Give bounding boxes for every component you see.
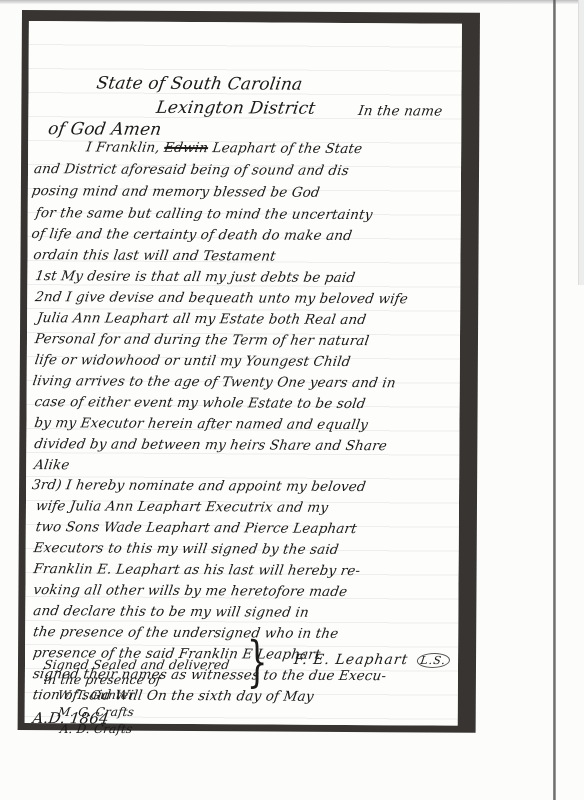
body-line: of life and the certainty of death do ma… — [30, 226, 353, 244]
witness-3: A. D. Crafts — [59, 722, 133, 736]
scan-top-edge — [0, 0, 584, 4]
body-line: life or widowhood or until my Youngest C… — [34, 352, 352, 370]
attestation-line-2: in the presence of — [43, 672, 162, 687]
body-line: for the same but calling to mind the unc… — [35, 205, 374, 223]
body-line: living arrives to the age of Twenty One … — [32, 373, 397, 391]
signature-name: F. E. Leaphart — [293, 652, 409, 668]
body-line: two Sons Wade Leaphart and Pierce Leapha… — [35, 519, 358, 537]
body-line: voking all other wills by me heretofore … — [32, 582, 348, 600]
body-line: case of either event my whole Estate to … — [33, 394, 366, 412]
body-line: Alike — [33, 457, 71, 473]
testator-first-name: I Franklin, — [85, 139, 161, 155]
invocation-end: of God Amen — [47, 119, 163, 140]
witness-2: M. G. Crafts — [57, 705, 135, 719]
heading-state: State of South Carolina — [95, 73, 304, 94]
body-line: Executors to this my will signed by the … — [33, 540, 340, 558]
clause-3: 3rd) I hereby nominate and appoint my be… — [31, 477, 367, 495]
clause-2: 2nd I give devise and bequeath unto my b… — [34, 289, 409, 307]
testator-signature: F. E. Leaphart L.S. — [293, 652, 451, 668]
body-line: posing mind and memory blessed be God — [31, 183, 321, 201]
heading-district: Lexington District — [155, 98, 317, 119]
body-line: divided by and between my heirs Share an… — [33, 436, 388, 454]
will-manuscript-page: State of South Carolina Lexington Distri… — [25, 21, 462, 726]
struck-word: Edwin — [163, 140, 209, 156]
body-line: ordain this last will and Testament — [32, 247, 277, 264]
scan-fold-line — [553, 0, 556, 800]
body-line-1a: I Franklin, Edwin Leaphart of the State — [85, 139, 363, 157]
body-line: and District aforesaid being of sound an… — [33, 161, 350, 179]
testator-surname-clause: Leaphart of the State — [211, 140, 363, 157]
clause-1: 1st My desire is that all my just debts … — [34, 268, 356, 286]
body-line: wife Julia Ann Leaphart Executrix and my — [35, 498, 329, 516]
photocopy-frame: State of South Carolina Lexington Distri… — [18, 10, 480, 733]
body-line: Julia Ann Leaphart all my Estate both Re… — [36, 310, 367, 328]
body-line: and declare this to be my will signed in — [32, 603, 310, 621]
body-line: by my Executor herein after named and eq… — [33, 415, 369, 433]
invocation-start: In the name — [357, 103, 443, 119]
attestation-brace: } — [247, 630, 268, 693]
scan-right-strip — [578, 0, 584, 285]
body-line: the presence of the undersigned who in t… — [32, 624, 339, 642]
attestation-line-1: Signed Sealed and delivered — [43, 657, 231, 672]
body-line: Franklin E. Leaphart as his last will he… — [32, 561, 361, 579]
seal-mark: L.S. — [415, 653, 451, 668]
body-line: Personal for and during the Term of her … — [34, 331, 370, 349]
witness-1: W. T. Gunter — [57, 688, 135, 702]
